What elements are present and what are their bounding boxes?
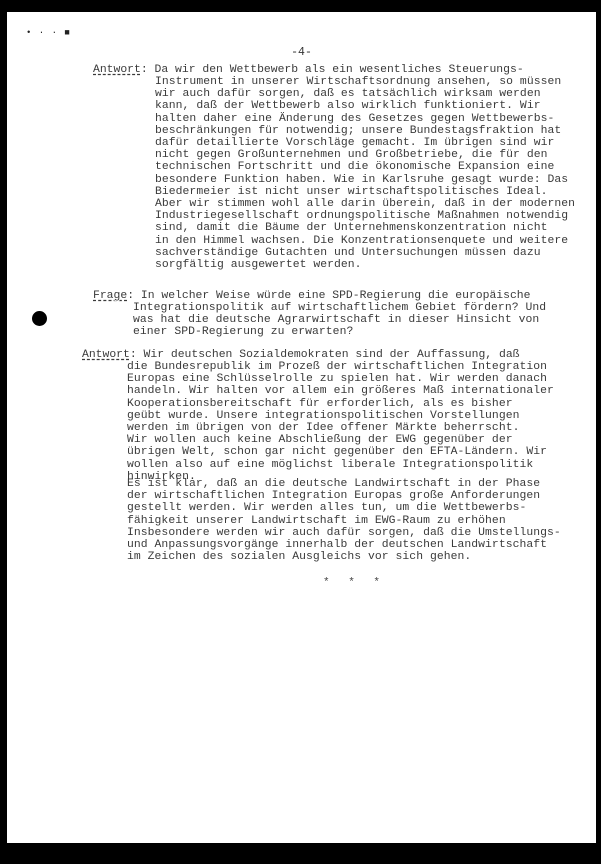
answer-1-first-line: Da wir den Wettbewerb als ein wesentlich… xyxy=(155,64,524,76)
question-text: Integrationspolitik auf wirtschaftlichem… xyxy=(133,302,546,339)
end-mark: * * * xyxy=(323,577,386,589)
answer-1-text: Instrument in unserer Wirtschaftsordnung… xyxy=(155,76,575,271)
closing-paragraph: Es ist klar, daß an die deutsche Landwir… xyxy=(127,478,561,563)
answer-2-first-line: Wir deutschen Sozialdemokraten sind der … xyxy=(144,349,520,361)
punch-hole-icon xyxy=(32,311,47,326)
question-label: Frage: In welcher Weise würde eine SPD-R… xyxy=(93,290,530,302)
page-number: -4- xyxy=(7,46,596,59)
corner-marks: • · · ■ xyxy=(26,28,71,38)
question-first-line: In welcher Weise würde eine SPD-Regierun… xyxy=(141,290,531,302)
document-page: • · · ■ -4- Antwort: Da wir den Wettbewe… xyxy=(7,12,596,843)
answer-label-2: Antwort: Wir deutschen Sozialdemokraten … xyxy=(82,349,519,361)
answer-label-1: Antwort: Da wir den Wettbewerb als ein w… xyxy=(93,64,524,76)
answer-2-text: die Bundesrepublik im Prozeß der wirtsch… xyxy=(127,361,554,483)
